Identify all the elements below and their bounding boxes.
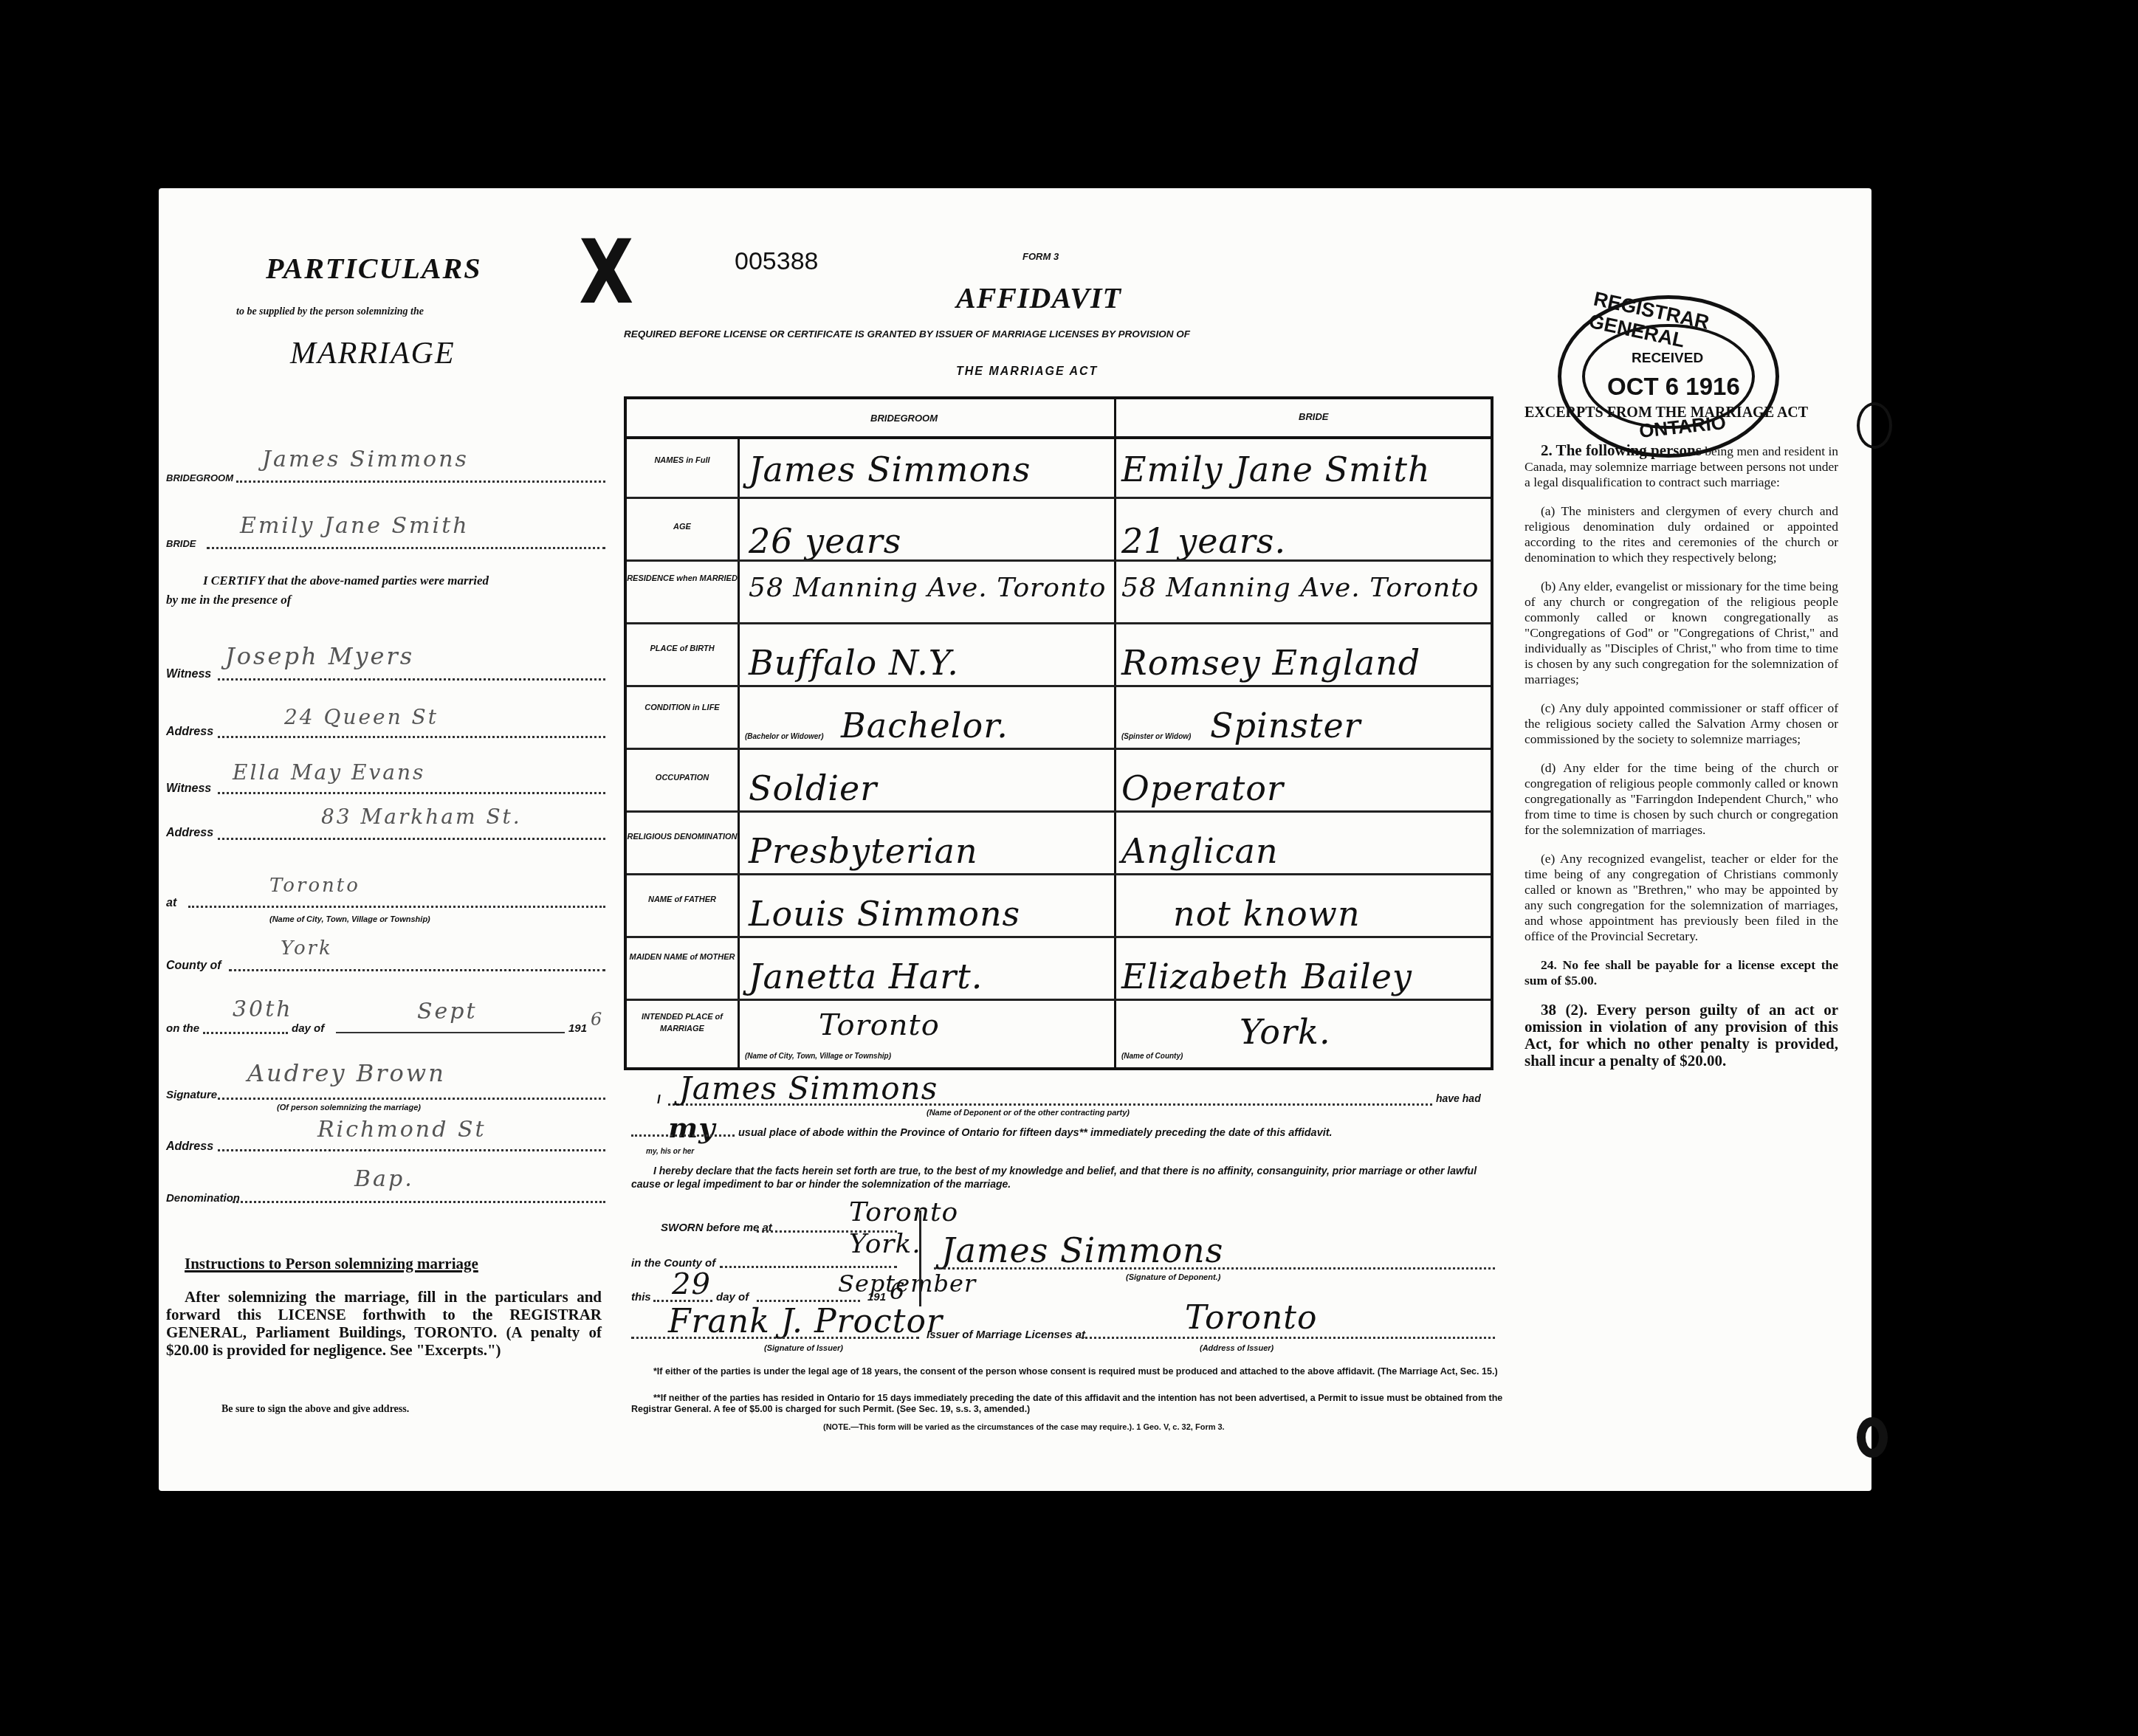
row-label: NAMES in Full (627, 455, 738, 466)
reminder-text: Be sure to sign the above and give addre… (221, 1404, 409, 1416)
table-row: OCCUPATION Soldier Operator (627, 750, 1491, 813)
row-label: AGE (627, 521, 738, 533)
groom-condition[interactable]: Bachelor. (841, 706, 1008, 745)
denomination-label: Denomination (166, 1192, 240, 1205)
declare-text: I hereby declare that the facts herein s… (631, 1164, 1502, 1191)
stamp-received-text: RECEIVED (1632, 351, 1703, 367)
month-line (336, 1032, 565, 1033)
row-label: RESIDENCE when MARRIED (627, 573, 738, 585)
sworn-label: SWORN before me at (661, 1222, 772, 1234)
at-caption: (Name of City, Town, Village or Township… (269, 915, 430, 924)
excerpt-sec38: 38 (2). Every person guilty of an act or… (1525, 1002, 1838, 1069)
year-suffix[interactable]: 6 (591, 1009, 604, 1030)
particulars-table: BRIDEGROOM BRIDE NAMES in Full James Sim… (624, 396, 1493, 1070)
form-note: (NOTE.—This form will be varied as the c… (823, 1423, 1225, 1432)
table-row: RELIGIOUS DENOMINATION Presbyterian Angl… (627, 813, 1491, 875)
groom-father[interactable]: Louis Simmons (749, 894, 1020, 934)
excerpt-a: (a) The ministers and clergymen of every… (1525, 503, 1838, 565)
excerpt-sec2: 2. The following persons being men and r… (1525, 443, 1838, 490)
address2-value[interactable]: 83 Markham St. (321, 805, 522, 829)
bride-condition-hint: (Spinster or Widow) (1121, 733, 1191, 741)
groom-age[interactable]: 26 years (749, 521, 901, 561)
bride-value[interactable]: Emily Jane Smith (240, 513, 470, 539)
county-line (229, 969, 605, 971)
table-row: RESIDENCE when MARRIED 58 Manning Ave. T… (627, 562, 1491, 624)
abode-text: usual place of abode within the Province… (738, 1127, 1333, 1139)
particulars-subtitle: to be supplied by the person solemnizing… (236, 306, 424, 318)
possessive-line (631, 1134, 735, 1137)
denomination-line (233, 1201, 605, 1203)
row-label: RELIGIOUS DENOMINATION (627, 831, 738, 843)
groom-mother[interactable]: Janetta Hart. (749, 957, 983, 996)
bride-residence[interactable]: 58 Manning Ave. Toronto (1121, 573, 1479, 603)
witness2-line (218, 792, 605, 794)
witness2-value[interactable]: Ella May Evans (233, 760, 425, 785)
sworn-month[interactable]: September (838, 1270, 976, 1298)
groom-birthplace[interactable]: Buffalo N.Y. (749, 643, 959, 683)
excerpt-d: (d) Any elder for the time being of the … (1525, 760, 1838, 838)
declaration-i-label: I (657, 1094, 660, 1107)
on-the-label: on the (166, 1022, 199, 1035)
bride-label: BRIDE (166, 538, 196, 549)
address2-line (218, 838, 605, 840)
county-label: County of (166, 960, 221, 973)
excerpt-b: (b) Any elder, evangelist or missionary … (1525, 579, 1838, 687)
table-row: NAME of FATHER Louis Simmons not known (627, 875, 1491, 938)
sworn-month-line (757, 1300, 860, 1302)
sworn-year-suffix[interactable]: 6 (890, 1277, 905, 1305)
day-value[interactable]: 30th (233, 996, 293, 1022)
issuer-signature-line (631, 1337, 919, 1339)
affidavit-document: PARTICULARS to be supplied by the person… (159, 188, 1871, 1491)
issuer-address[interactable]: Toronto (1185, 1299, 1317, 1337)
bride-names[interactable]: Emily Jane Smith (1121, 449, 1431, 489)
denomination-value[interactable]: Bap. (354, 1166, 414, 1192)
signature-label: Signature (166, 1089, 217, 1101)
bride-line (207, 547, 605, 549)
table-header: BRIDEGROOM BRIDE (627, 399, 1491, 439)
punch-hole-bottom-icon (1857, 1417, 1888, 1458)
certify-text-2: by me in the presence of (166, 593, 292, 607)
witness1-value[interactable]: Joseph Myers (225, 642, 414, 670)
issuer-signature-caption: (Signature of Issuer) (764, 1344, 843, 1353)
bride-intended-county[interactable]: York. (1240, 1012, 1331, 1052)
address3-value[interactable]: Richmond St (317, 1117, 486, 1143)
bride-religion[interactable]: Anglican (1121, 831, 1279, 871)
bridegroom-value[interactable]: James Simmons (262, 447, 469, 472)
address1-line (218, 736, 605, 738)
row-label: PLACE of BIRTH (627, 643, 738, 655)
issuer-label: Issuer of Marriage Licenses at (927, 1329, 1085, 1341)
table-row: MAIDEN NAME of MOTHER Janetta Hart. Eliz… (627, 938, 1491, 1001)
bride-condition[interactable]: Spinster (1210, 706, 1361, 745)
year-prefix: 191 (568, 1022, 587, 1035)
stamp-date: OCT 6 1916 (1607, 373, 1740, 401)
col-bride: BRIDE (1299, 411, 1328, 422)
county-value[interactable]: York (281, 937, 333, 960)
issuer-address-caption: (Address of Issuer) (1200, 1344, 1273, 1353)
have-had-label: have had (1436, 1092, 1481, 1104)
excerpt-c: (c) Any duly appointed commissioner or s… (1525, 700, 1838, 747)
table-row: PLACE of BIRTH Buffalo N.Y. Romsey Engla… (627, 624, 1491, 687)
address3-label: Address (166, 1140, 213, 1154)
row-label: MAIDEN NAME of MOTHER (627, 951, 738, 963)
form-number: 005388 (735, 247, 818, 276)
deponent-signature[interactable]: James Simmons (941, 1230, 1223, 1270)
sworn-county-line (720, 1266, 897, 1268)
signature-line (218, 1098, 605, 1100)
bride-mother[interactable]: Elizabeth Bailey (1121, 957, 1412, 996)
groom-names[interactable]: James Simmons (749, 449, 1031, 489)
address1-value[interactable]: 24 Queen St (284, 705, 439, 729)
sworn-county-value[interactable]: York. (849, 1229, 921, 1259)
row-label: OCCUPATION (627, 772, 738, 784)
certify-text-1: I CERTIFY that the above-named parties w… (203, 573, 489, 588)
address3-line (218, 1149, 605, 1151)
issuer-address-line (1082, 1337, 1495, 1339)
sworn-day-of-label: day of (716, 1291, 749, 1303)
row-label: CONDITION in LIFE (627, 702, 738, 714)
address1-label: Address (166, 726, 213, 739)
deponent-name[interactable]: James Simmons (679, 1070, 938, 1106)
marriage-act-label: THE MARRIAGE ACT (956, 365, 1098, 379)
day-of-label: day of (292, 1022, 324, 1035)
bridegroom-line (236, 480, 605, 483)
bridegroom-label: BRIDEGROOM (166, 472, 233, 483)
bride-age[interactable]: 21 years. (1121, 521, 1286, 561)
month-value[interactable]: Sept (417, 999, 478, 1024)
excerpts-body: 2. The following persons being men and r… (1525, 443, 1838, 1083)
marriage-title: MARRIAGE (290, 336, 456, 371)
deponent-caption: (Name of Deponent or of the other contra… (927, 1109, 1130, 1117)
deponent-signature-caption: (Signature of Deponent.) (1126, 1273, 1220, 1282)
bride-father[interactable]: not known (1173, 894, 1361, 934)
groom-religion[interactable]: Presbyterian (749, 831, 978, 871)
sworn-year-prefix: 191 (867, 1291, 886, 1303)
excerpt-e: (e) Any recognized evangelist, teacher o… (1525, 851, 1838, 944)
bride-birthplace[interactable]: Romsey England (1121, 643, 1420, 683)
signature-caption: (Of person solemnizing the marriage) (277, 1103, 421, 1112)
table-row: NAMES in Full James Simmons Emily Jane S… (627, 436, 1491, 499)
excerpt-sec24: 24. No fee shall be payable for a licens… (1525, 957, 1838, 988)
sworn-brace (919, 1210, 926, 1306)
affidavit-subtitle: REQUIRED BEFORE LICENSE OR CERTIFICATE I… (624, 328, 1190, 340)
row-label: INTENDED PLACE of MARRIAGE (627, 1011, 738, 1035)
table-row: CONDITION in LIFE (Bachelor or Widower) … (627, 687, 1491, 750)
bride-occupation[interactable]: Operator (1121, 768, 1284, 808)
form-label: FORM 3 (1022, 251, 1059, 262)
table-row: INTENDED PLACE of MARRIAGE Toronto (Name… (627, 1001, 1491, 1064)
instructions-body: After solemnizing the marriage, fill in … (166, 1288, 602, 1359)
witness2-label: Witness (166, 782, 211, 796)
col-bridegroom: BRIDEGROOM (870, 413, 938, 424)
issuer-signature[interactable]: Frank J. Proctor (668, 1303, 943, 1340)
bride-place-hint: (Name of County) (1121, 1053, 1183, 1061)
at-value[interactable]: Toronto (269, 875, 360, 897)
excerpts-heading: EXCERPTS FROM THE MARRIAGE ACT (1525, 404, 1808, 421)
sworn-day[interactable]: 29 (672, 1267, 711, 1301)
table-row: AGE 26 years 21 years. (627, 499, 1491, 562)
this-label: this (631, 1291, 651, 1303)
groom-intended-place[interactable]: Toronto (819, 1008, 940, 1042)
check-mark-icon: X (579, 229, 633, 317)
punch-hole-top-icon (1857, 402, 1892, 449)
sworn-value[interactable]: Toronto (849, 1197, 958, 1227)
address2-label: Address (166, 827, 213, 840)
groom-occupation[interactable]: Soldier (749, 768, 877, 808)
signature-value[interactable]: Audrey Brown (247, 1059, 446, 1087)
groom-condition-hint: (Bachelor or Widower) (745, 733, 824, 741)
groom-residence[interactable]: 58 Manning Ave. Toronto (749, 573, 1106, 603)
possessive-caption: my, his or her (646, 1148, 694, 1156)
day-line (203, 1032, 288, 1034)
witness1-line (218, 678, 605, 681)
groom-place-hint: (Name of City, Town, Village or Township… (745, 1053, 891, 1061)
deponent-signature-line (934, 1267, 1495, 1270)
at-label: at (166, 897, 176, 910)
registrar-received-stamp: REGISTRAR GENERAL RECEIVED OCT 6 1916 ON… (1558, 295, 1779, 458)
row-label: NAME of FATHER (627, 894, 738, 906)
witness1-label: Witness (166, 668, 211, 681)
affidavit-title: AFFIDAVIT (956, 280, 1121, 315)
possessive-value[interactable]: my (668, 1111, 715, 1144)
instructions-heading: Instructions to Person solemnizing marri… (185, 1255, 478, 1273)
footnote-1: *If either of the parties is under the l… (631, 1366, 1506, 1377)
at-line (188, 906, 605, 908)
particulars-title: PARTICULARS (266, 251, 481, 286)
footnote-2: **If neither of the parties has resided … (631, 1393, 1506, 1415)
